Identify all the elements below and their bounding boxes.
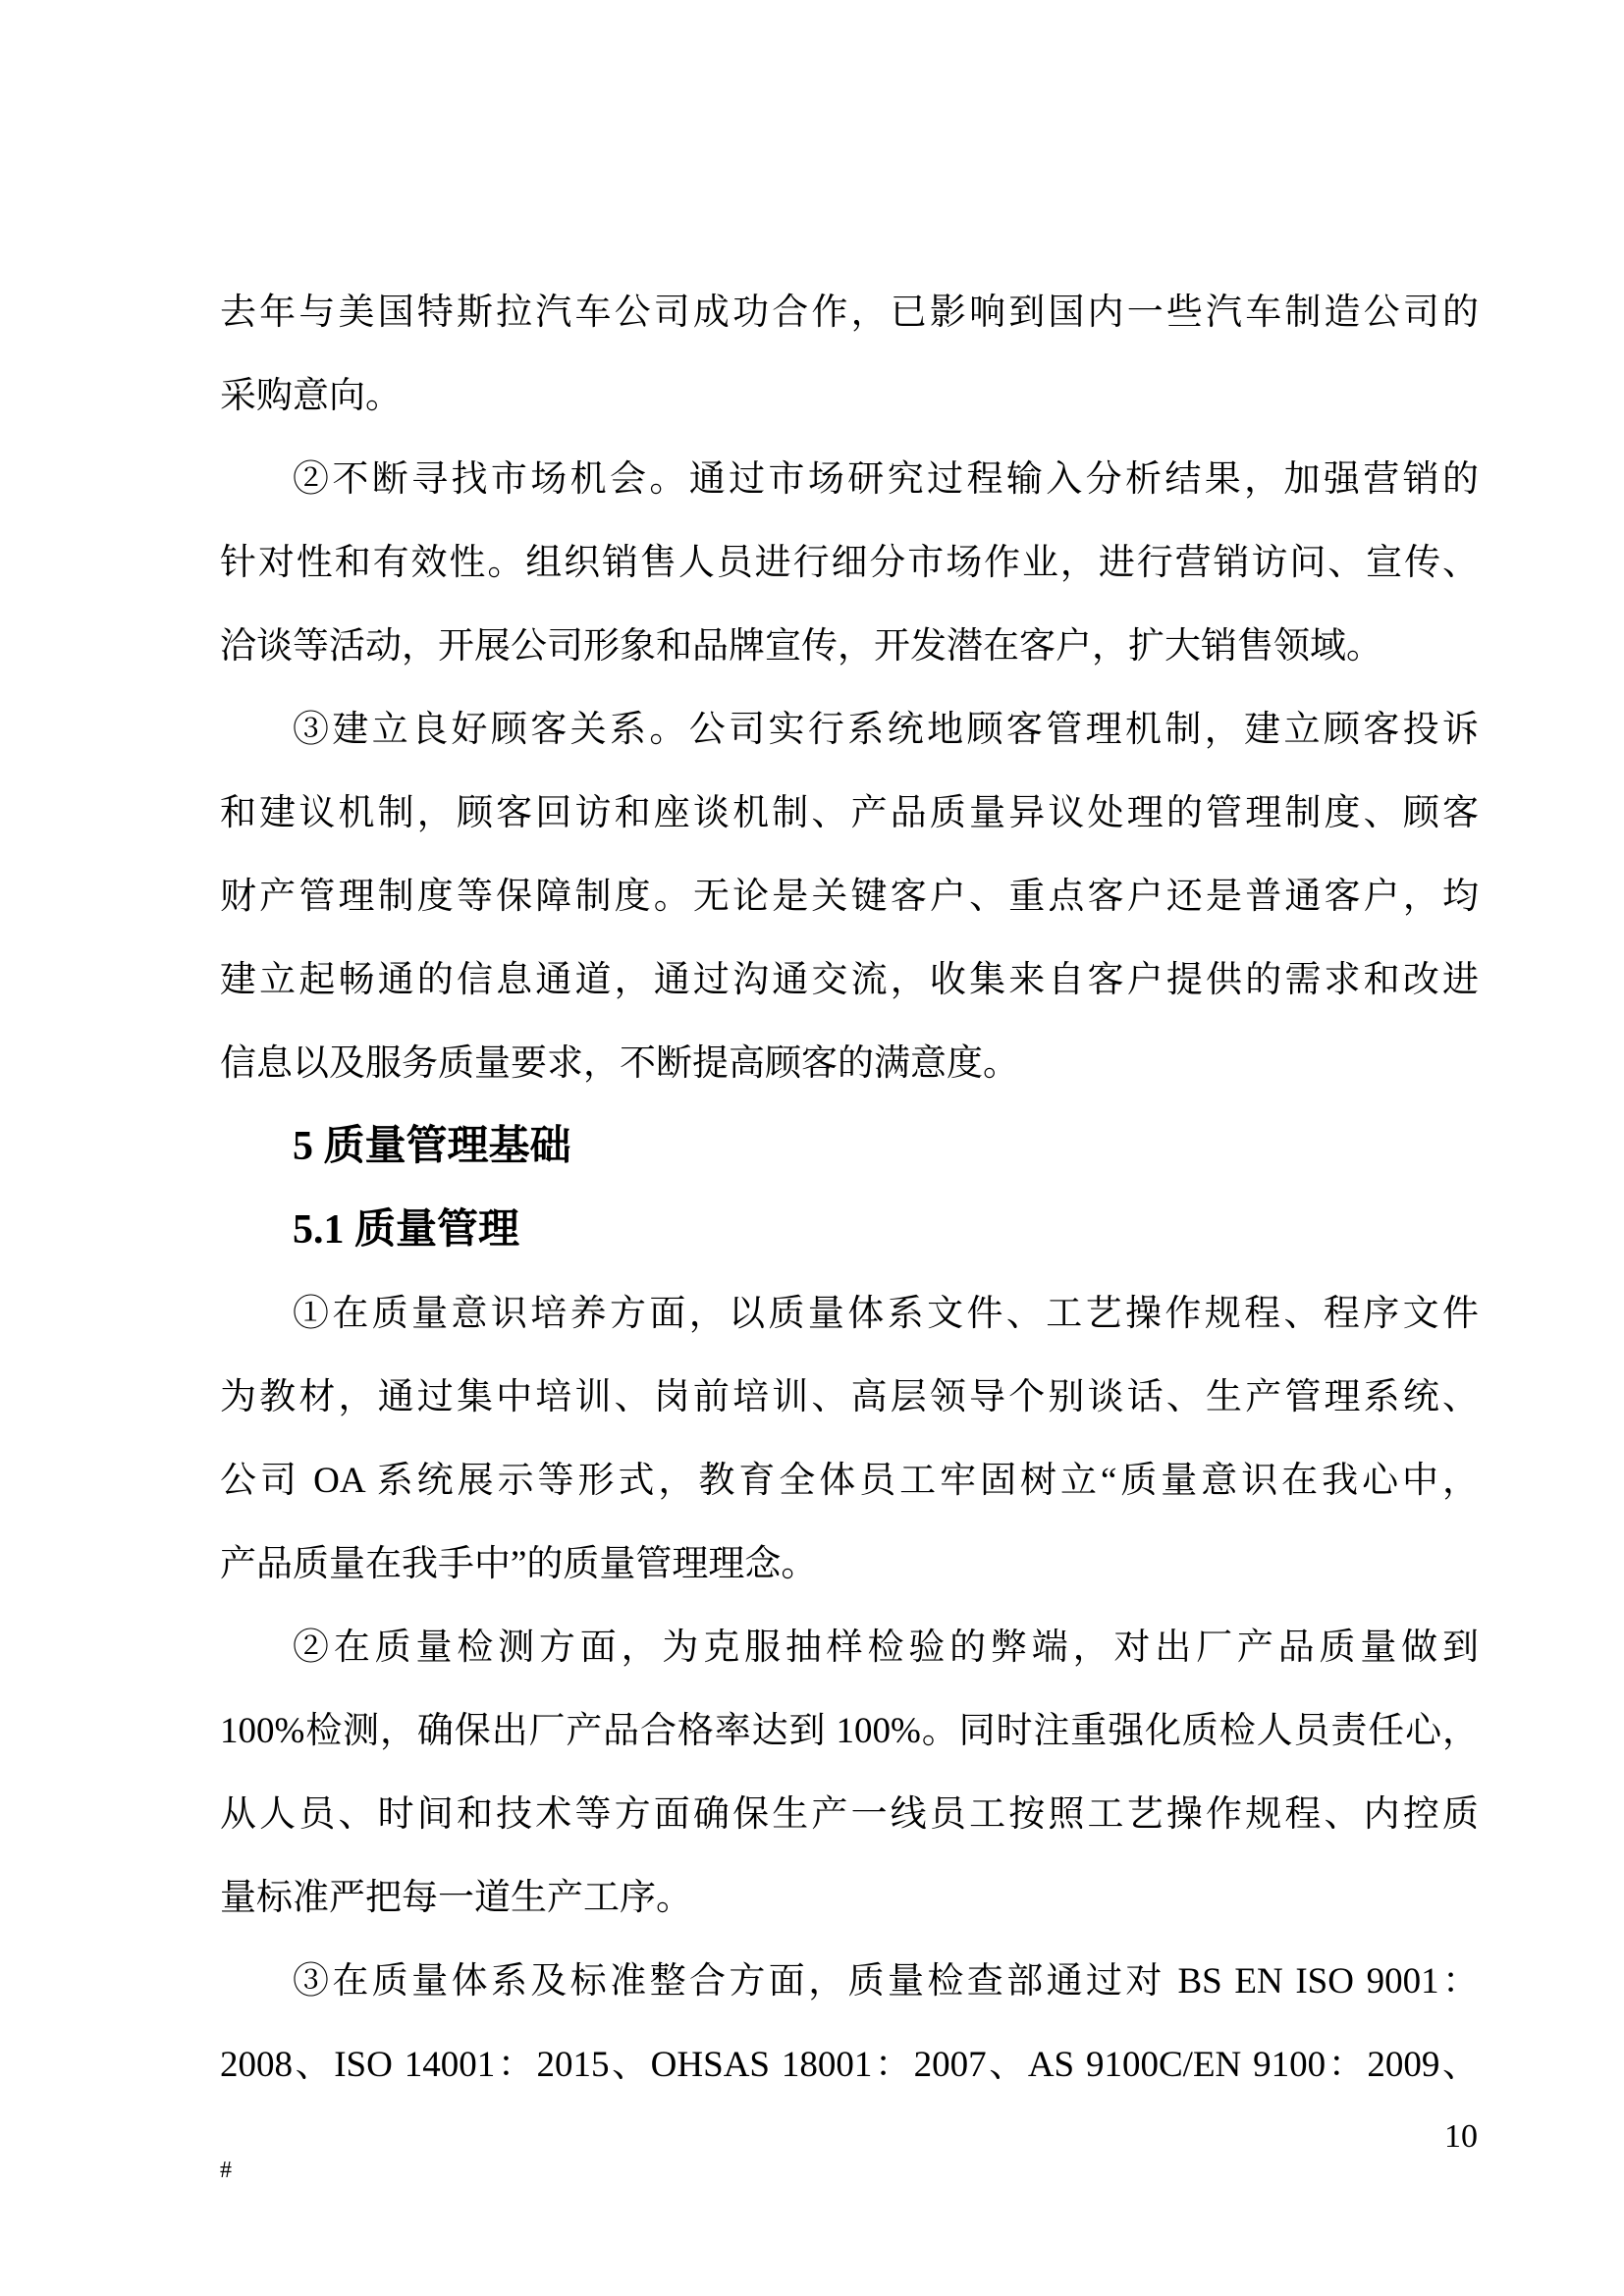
- text-line: 100%检测，确保出厂产品合格率达到 100%。同时注重强化质检人员责任心，: [220, 1689, 1479, 1773]
- text-line: 从人员、时间和技术等方面确保生产一线员工按照工艺操作规程、内控质: [220, 1773, 1479, 1856]
- text-line: ③建立良好顾客关系。公司实行系统地顾客管理机制，建立顾客投诉: [220, 688, 1479, 772]
- document-page: 去年与美国特斯拉汽车公司成功合作，已影响到国内一些汽车制造公司的 采购意向。 ②…: [0, 0, 1624, 2296]
- text-line: 和建议机制，顾客回访和座谈机制、产品质量异议处理的管理制度、顾客: [220, 772, 1479, 855]
- text-line: 2008、ISO 14001：2015、OHSAS 18001：2007、AS …: [220, 2023, 1479, 2107]
- text-line: 量标准严把每一道生产工序。: [220, 1856, 1479, 1940]
- text-line: 洽谈等活动，开展公司形象和品牌宣传，开发潜在客户，扩大销售领域。: [220, 605, 1479, 688]
- text-line: 公司 OA 系统展示等形式，教育全体员工牢固树立“质量意识在我心中，: [220, 1439, 1479, 1522]
- text-line: ③在质量体系及标准整合方面，质量检查部通过对 BS EN ISO 9001：: [220, 1940, 1479, 2023]
- section-heading-5: 5 质量管理基础: [220, 1105, 1479, 1189]
- text-line: ②在质量检测方面，为克服抽样检验的弊端，对出厂产品质量做到: [220, 1606, 1479, 1689]
- text-line: 财产管理制度等保障制度。无论是关键客户、重点客户还是普通客户，均: [220, 855, 1479, 938]
- text-line: 建立起畅通的信息通道，通过沟通交流，收集来自客户提供的需求和改进: [220, 938, 1479, 1022]
- text-line: 采购意向。: [220, 354, 1479, 438]
- text-line: ①在质量意识培养方面，以质量体系文件、工艺操作规程、程序文件: [220, 1272, 1479, 1356]
- text-line: 去年与美国特斯拉汽车公司成功合作，已影响到国内一些汽车制造公司的: [220, 271, 1479, 354]
- page-number: 10: [1444, 2116, 1478, 2158]
- text-line: 信息以及服务质量要求，不断提高顾客的满意度。: [220, 1022, 1479, 1105]
- text-line: 针对性和有效性。组织销售人员进行细分市场作业，进行营销访问、宣传、: [220, 521, 1479, 605]
- document-body: 去年与美国特斯拉汽车公司成功合作，已影响到国内一些汽车制造公司的 采购意向。 ②…: [220, 271, 1479, 2107]
- section-heading-5-1: 5.1 质量管理: [220, 1189, 1479, 1272]
- text-line: ②不断寻找市场机会。通过市场研究过程输入分析结果，加强营销的: [220, 438, 1479, 521]
- footer-mark: #: [220, 2156, 232, 2185]
- text-line: 为教材，通过集中培训、岗前培训、高层领导个别谈话、生产管理系统、: [220, 1356, 1479, 1439]
- text-line: 产品质量在我手中”的质量管理理念。: [220, 1522, 1479, 1606]
